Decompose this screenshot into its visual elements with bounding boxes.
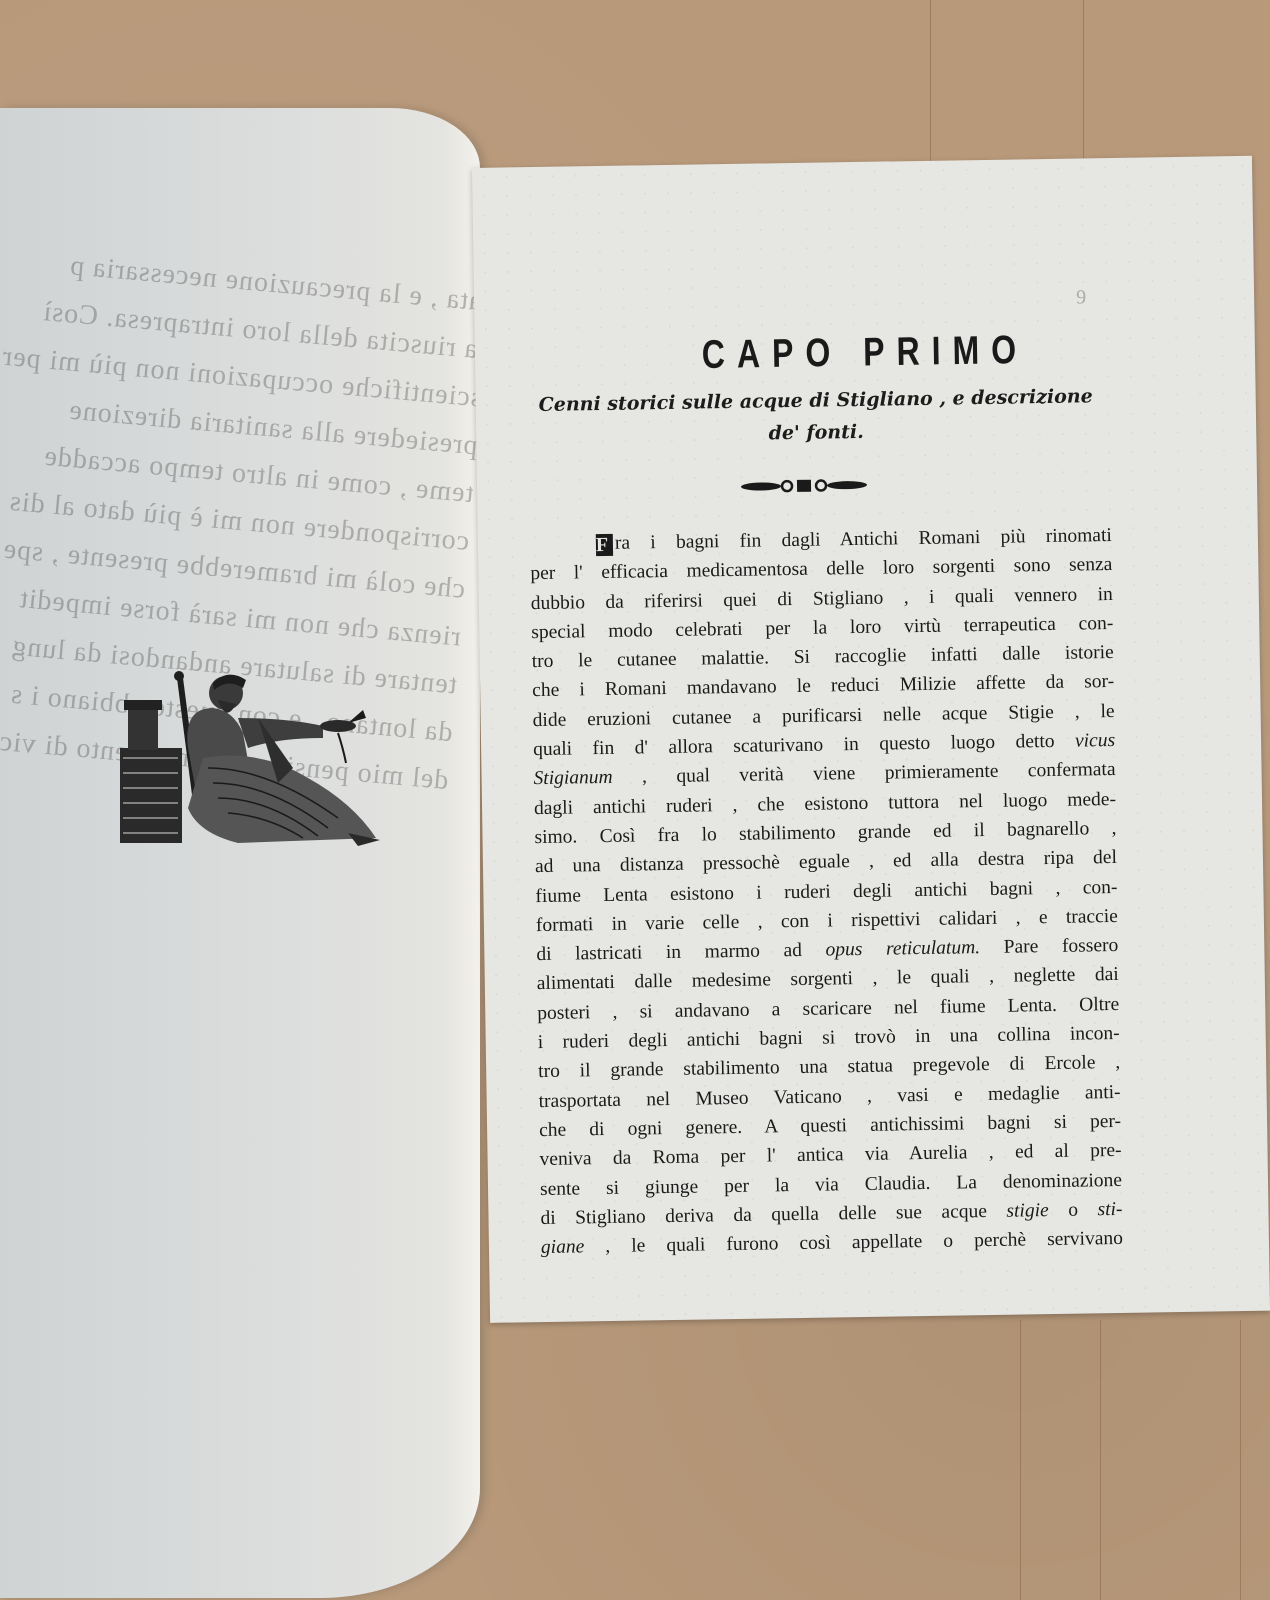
- woodcut-illustration-icon: [118, 638, 383, 848]
- chapter-subtitle: Cenni storici sulle acque di Stigliano ,…: [525, 380, 1106, 453]
- italic-term: stigie: [1006, 1200, 1049, 1222]
- italic-term: opus reticulatum.: [825, 937, 980, 960]
- background-crease: [1100, 1320, 1101, 1600]
- decorative-rule-icon: [739, 478, 869, 494]
- italic-term: Stigianum: [533, 767, 612, 789]
- right-page: 9 CAPO PRIMO Cenni storici sulle acque d…: [472, 156, 1270, 1323]
- text-span: , qual verità viene primieramente confer…: [642, 759, 1116, 787]
- chapter-title: CAPO PRIMO: [475, 323, 1256, 381]
- text-span: Pare fossero: [1004, 935, 1119, 958]
- text-span: quali fin d' allora scaturivano in quest…: [533, 731, 1055, 760]
- body-text: Fra i bagni fin dagli Antichi Romani più…: [530, 521, 1123, 1262]
- italic-term: giane: [541, 1236, 585, 1258]
- drop-initial: F: [596, 534, 613, 556]
- text-span: ra i bagni fin dagli Antichi Romani più …: [615, 525, 1112, 554]
- text-span: o: [1068, 1199, 1078, 1220]
- left-page: tata , e la precauzione necessaria p la …: [0, 108, 480, 1598]
- text-span: di Stigliano deriva da quella delle sue …: [540, 1201, 987, 1229]
- italic-term: sti-: [1097, 1199, 1122, 1220]
- background-crease: [1020, 1320, 1021, 1600]
- background-crease: [1240, 1320, 1241, 1600]
- text-span: , le quali furono così appellate o perch…: [605, 1228, 1123, 1257]
- italic-term: vicus: [1075, 730, 1115, 752]
- text-span: di lastricati in marmo ad: [536, 940, 802, 965]
- page-number: 9: [1076, 286, 1086, 309]
